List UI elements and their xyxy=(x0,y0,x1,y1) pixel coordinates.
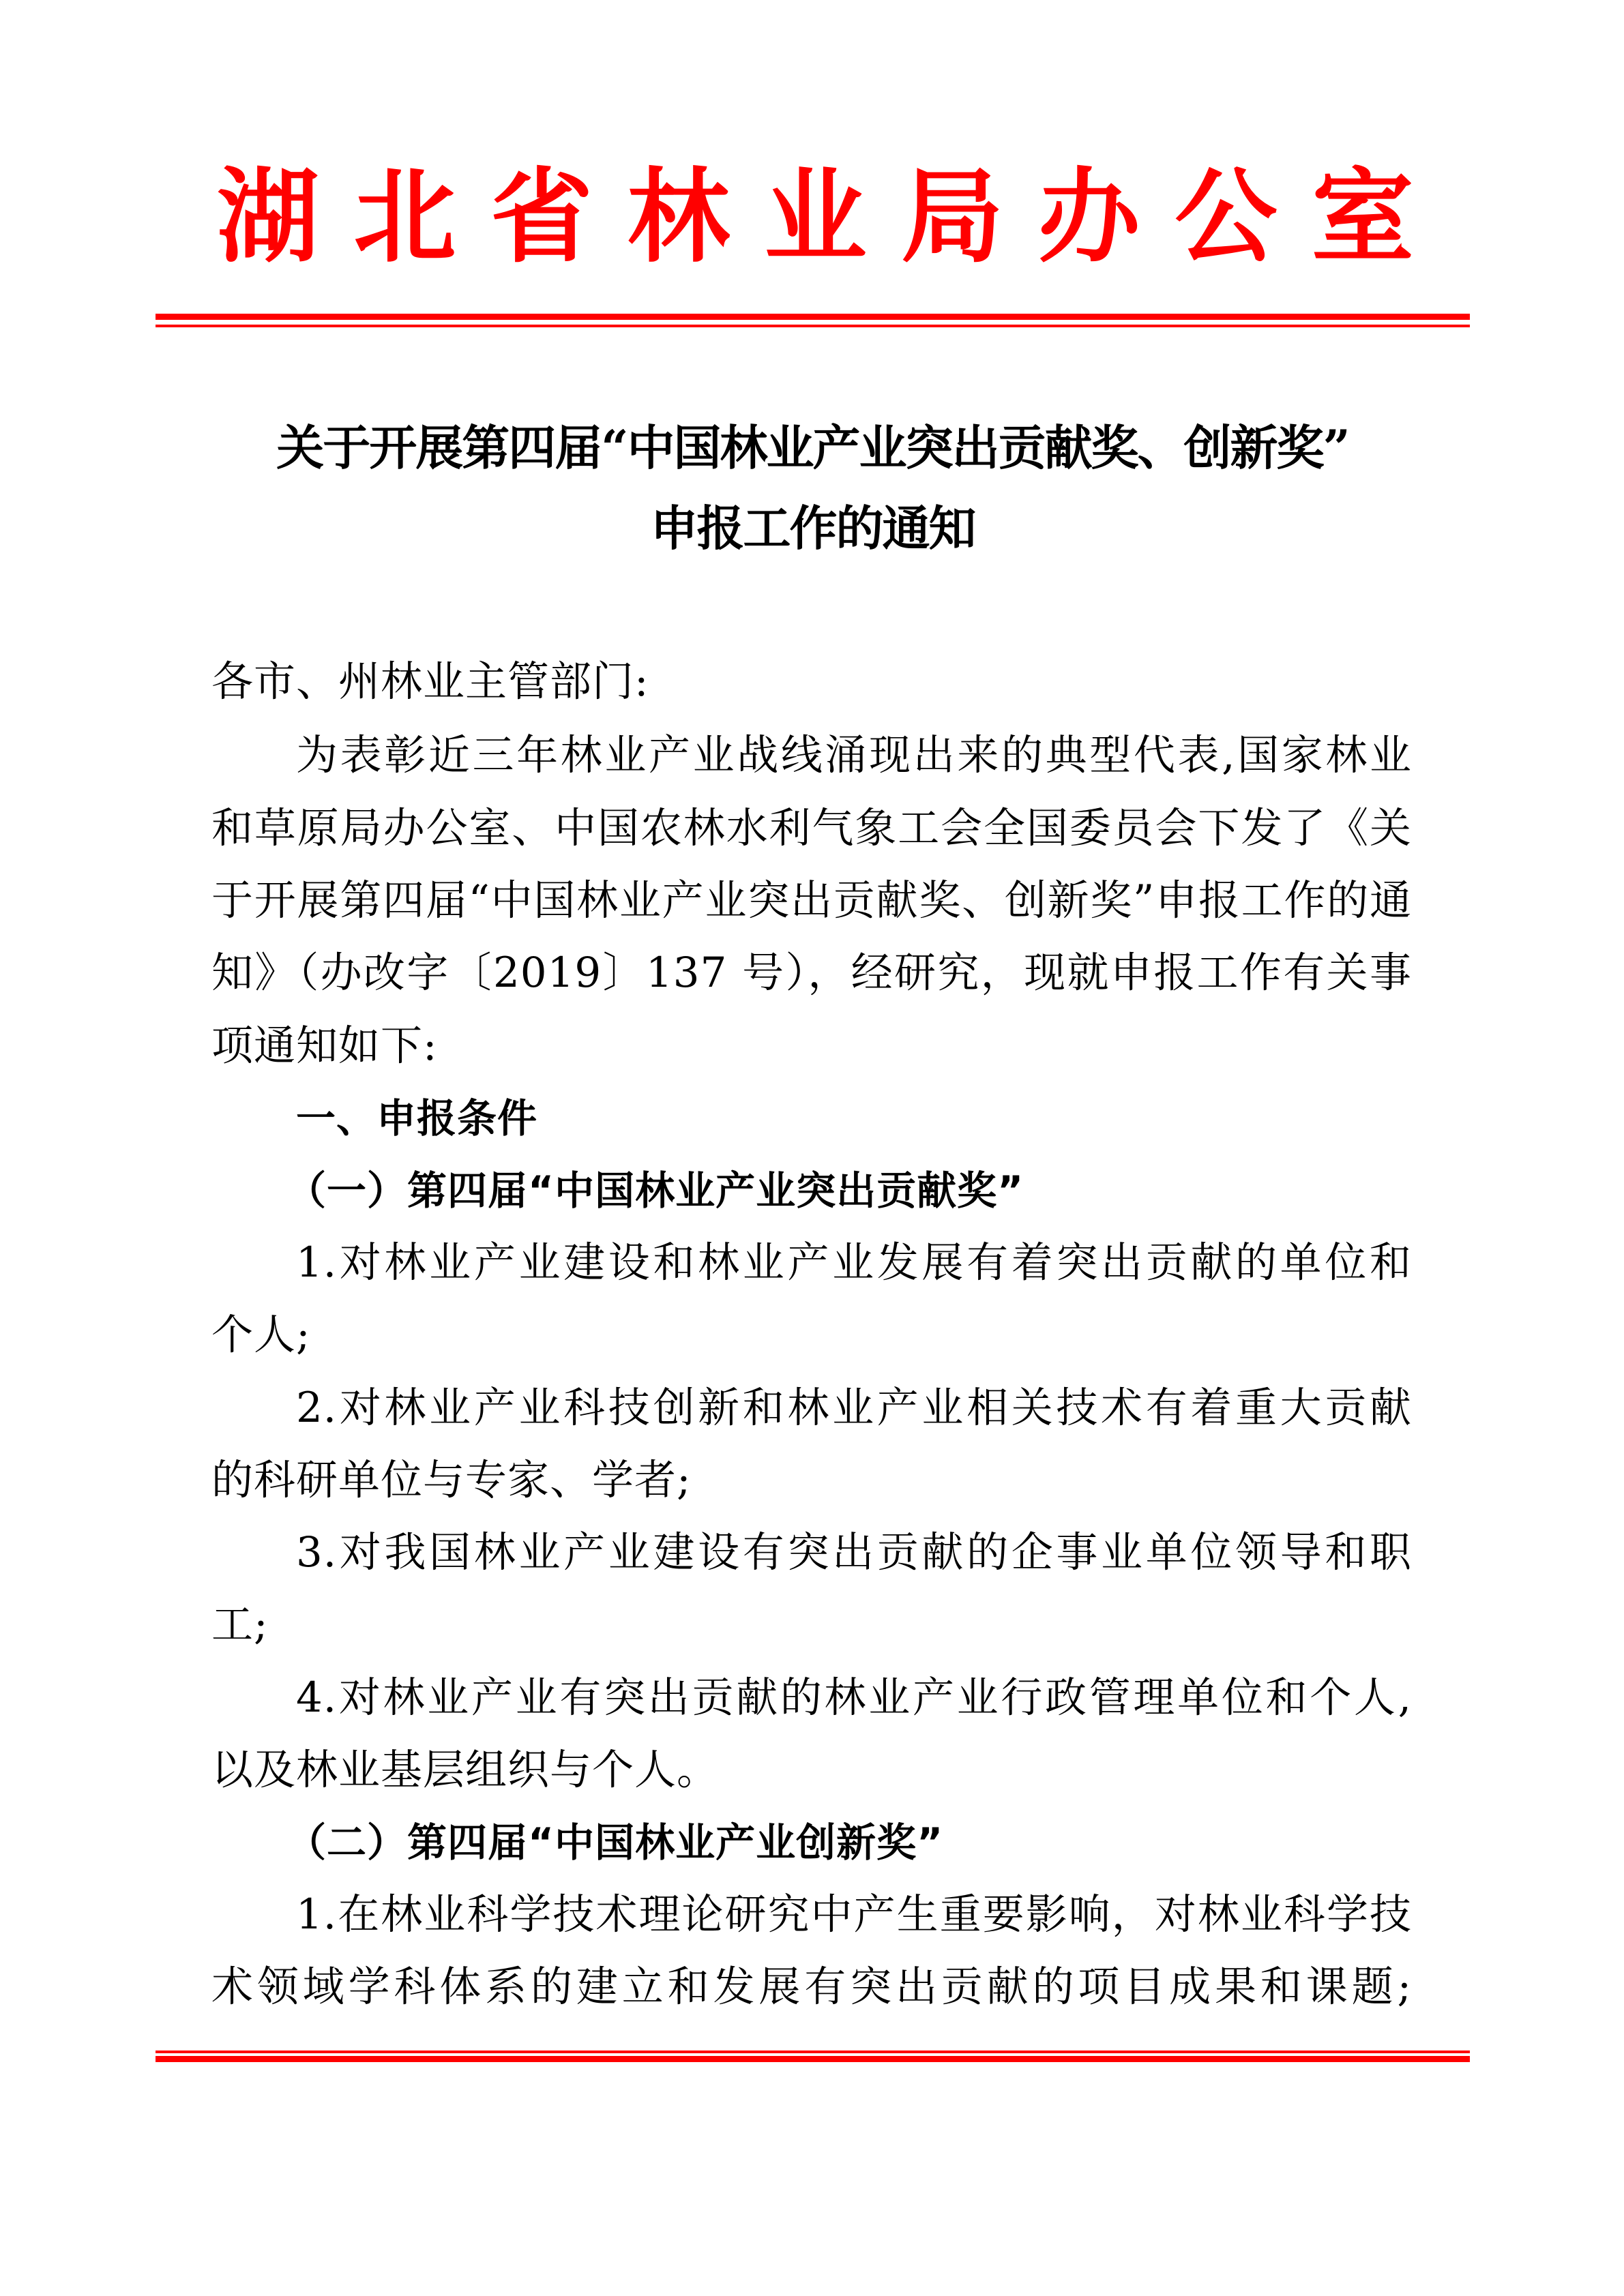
footer-rule-thin xyxy=(156,2051,1470,2053)
letterhead: 湖 北 省 林 业 局 办 公 室 xyxy=(156,155,1470,278)
list-item-line: 2.对林业产业科技创新和林业产业相关技术有着重大贡献 xyxy=(296,1381,1412,1435)
list-item-line: 工; xyxy=(211,1598,1412,1652)
letterhead-char: 林 xyxy=(628,155,730,278)
list-item-line: 1.在林业科学技术理论研究中产生重要影响，对林业科学技 xyxy=(296,1888,1412,1942)
document-page: 湖 北 省 林 业 局 办 公 室 关于开展第四届“中国林业产业突出贡献奖、创新… xyxy=(0,0,1624,2296)
list-item-line: 的科研单位与专家、学者; xyxy=(211,1453,1412,1508)
letterhead-char: 局 xyxy=(901,155,1003,278)
document-title-line-2: 申报工作的通知 xyxy=(156,498,1470,559)
letterhead-char: 业 xyxy=(764,155,866,278)
letterhead-rule-thick xyxy=(156,314,1470,320)
salutation: 各市、州林业主管部门: xyxy=(211,655,1412,709)
intro-paragraph-line: 于开展第四届“中国林业产业突出贡献奖、创新奖”申报工作的通 xyxy=(211,874,1412,928)
letterhead-char: 公 xyxy=(1175,155,1277,278)
intro-paragraph-line: 知》（办改字〔2019〕137 号），经研究，现就申报工作有关事 xyxy=(211,946,1412,1000)
list-item-line: 个人; xyxy=(211,1308,1412,1362)
list-item-line: 1.对林业产业建设和林业产业发展有着突出贡献的单位和 xyxy=(296,1236,1412,1290)
letterhead-char: 办 xyxy=(1038,155,1140,278)
list-item-line: 以及林业基层组织与个人。 xyxy=(211,1743,1412,1798)
subsection-heading: （二）第四届“中国林业产业创新奖” xyxy=(286,1815,1487,1870)
letterhead-char: 省 xyxy=(490,155,593,278)
letterhead-char: 北 xyxy=(354,155,456,278)
footer-rule-thick xyxy=(156,2056,1470,2062)
list-item-line: 4.对林业产业有突出贡献的林业产业行政管理单位和个人, xyxy=(296,1671,1412,1725)
letterhead-char: 湖 xyxy=(217,155,319,278)
letterhead-rule-thin xyxy=(156,325,1470,327)
letterhead-char: 室 xyxy=(1312,155,1414,278)
list-item-line: 术领域学科体系的建立和发展有突出贡献的项目成果和课题; xyxy=(211,1960,1412,2014)
intro-paragraph-line: 项通知如下: xyxy=(211,1019,1412,1073)
section-heading: 一、申报条件 xyxy=(296,1091,1496,1146)
document-title-line-1: 关于开展第四届“中国林业产业突出贡献奖、创新奖” xyxy=(156,417,1470,479)
intro-paragraph-line: 和草原局办公室、中国农林水利气象工会全国委员会下发了《关 xyxy=(211,801,1412,856)
list-item-line: 3.对我国林业产业建设有突出贡献的企事业单位领导和职 xyxy=(296,1525,1412,1580)
subsection-heading: （一）第四届“中国林业产业突出贡献奖” xyxy=(286,1163,1487,1218)
intro-paragraph-line: 为表彰近三年林业产业战线涌现出来的典型代表,国家林业 xyxy=(296,728,1412,783)
